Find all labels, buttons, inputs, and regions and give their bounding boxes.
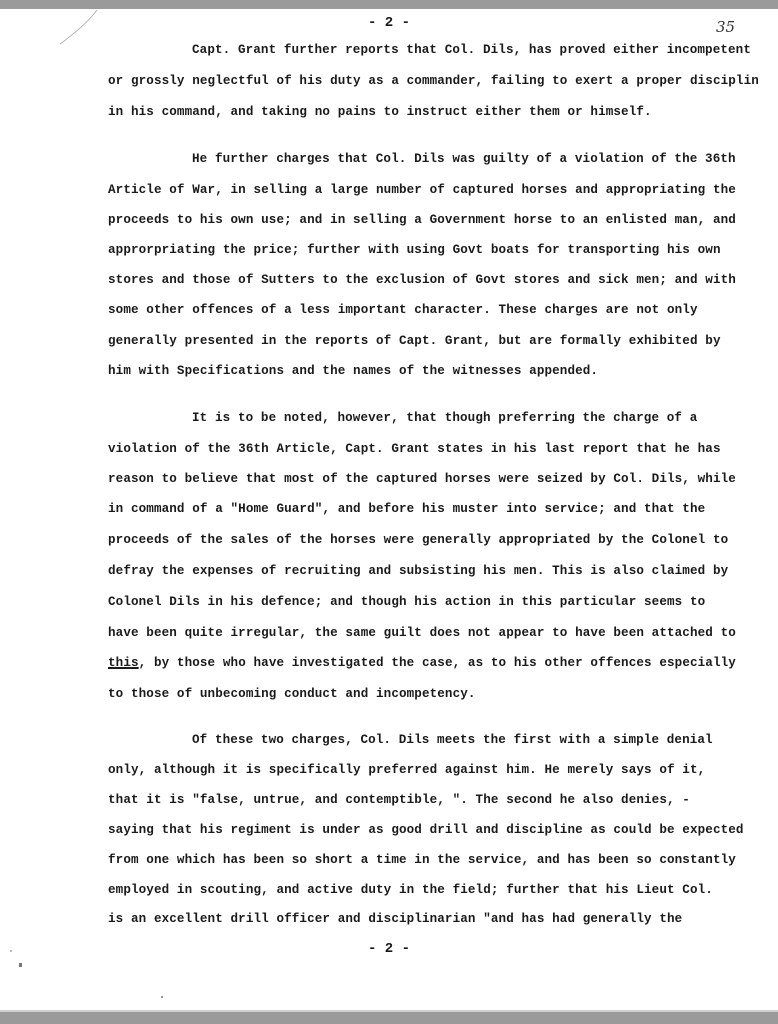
text-line: Colonel Dils in his defence; and though … bbox=[108, 595, 705, 609]
text-line: to those of unbecoming conduct and incom… bbox=[108, 687, 476, 701]
text-line: him with Specifications and the names of… bbox=[108, 364, 598, 378]
page-number-bottom: - 2 - bbox=[0, 941, 778, 957]
text-line: from one which has been so short a time … bbox=[108, 853, 736, 867]
text-line: have been quite irregular, the same guil… bbox=[108, 626, 736, 640]
text-line: Capt. Grant further reports that Col. Di… bbox=[192, 43, 751, 57]
text-line-rest: , by those who have investigated the cas… bbox=[139, 656, 736, 670]
text-line: in command of a "Home Guard", and before… bbox=[108, 502, 705, 516]
speck bbox=[19, 963, 22, 967]
text-line: approrpriating the price; further with u… bbox=[108, 243, 721, 257]
underlined-word: this bbox=[108, 656, 139, 670]
text-line: generally presented in the reports of Ca… bbox=[108, 334, 721, 348]
text-line: proceeds of the sales of the horses were… bbox=[108, 533, 728, 547]
text-line: only, although it is specifically prefer… bbox=[108, 763, 705, 777]
text-line: reason to believe that most of the captu… bbox=[108, 472, 736, 486]
text-line: He further charges that Col. Dils was gu… bbox=[192, 152, 736, 166]
speck bbox=[161, 996, 163, 998]
text-line: or grossly neglectful of his duty as a c… bbox=[108, 74, 759, 88]
text-line: is an excellent drill officer and discip… bbox=[108, 912, 682, 926]
text-line: some other offences of a less important … bbox=[108, 303, 698, 317]
text-line: in his command, and taking no pains to i… bbox=[108, 105, 652, 119]
text-line: Article of War, in selling a large numbe… bbox=[108, 183, 736, 197]
text-line: It is to be noted, however, that though … bbox=[192, 411, 697, 425]
text-line: Of these two charges, Col. Dils meets th… bbox=[192, 733, 713, 747]
text-line: saying that his regiment is under as goo… bbox=[108, 823, 744, 837]
text-line: this, by those who have investigated the… bbox=[108, 656, 736, 670]
handwritten-folio-number: 35 bbox=[716, 18, 735, 36]
text-line: that it is "false, untrue, and contempti… bbox=[108, 793, 690, 807]
text-line: stores and those of Sutters to the exclu… bbox=[108, 273, 736, 287]
speck bbox=[10, 950, 12, 952]
page-number-top: - 2 - bbox=[0, 15, 778, 31]
scan-top-border bbox=[0, 0, 778, 9]
text-line: violation of the 36th Article, Capt. Gra… bbox=[108, 442, 721, 456]
pen-stroke-mark bbox=[55, 8, 100, 48]
text-line: proceeds to his own use; and in selling … bbox=[108, 213, 736, 227]
scan-bottom-border bbox=[0, 1012, 778, 1024]
text-line: employed in scouting, and active duty in… bbox=[108, 883, 713, 897]
text-line: defray the expenses of recruiting and su… bbox=[108, 564, 728, 578]
